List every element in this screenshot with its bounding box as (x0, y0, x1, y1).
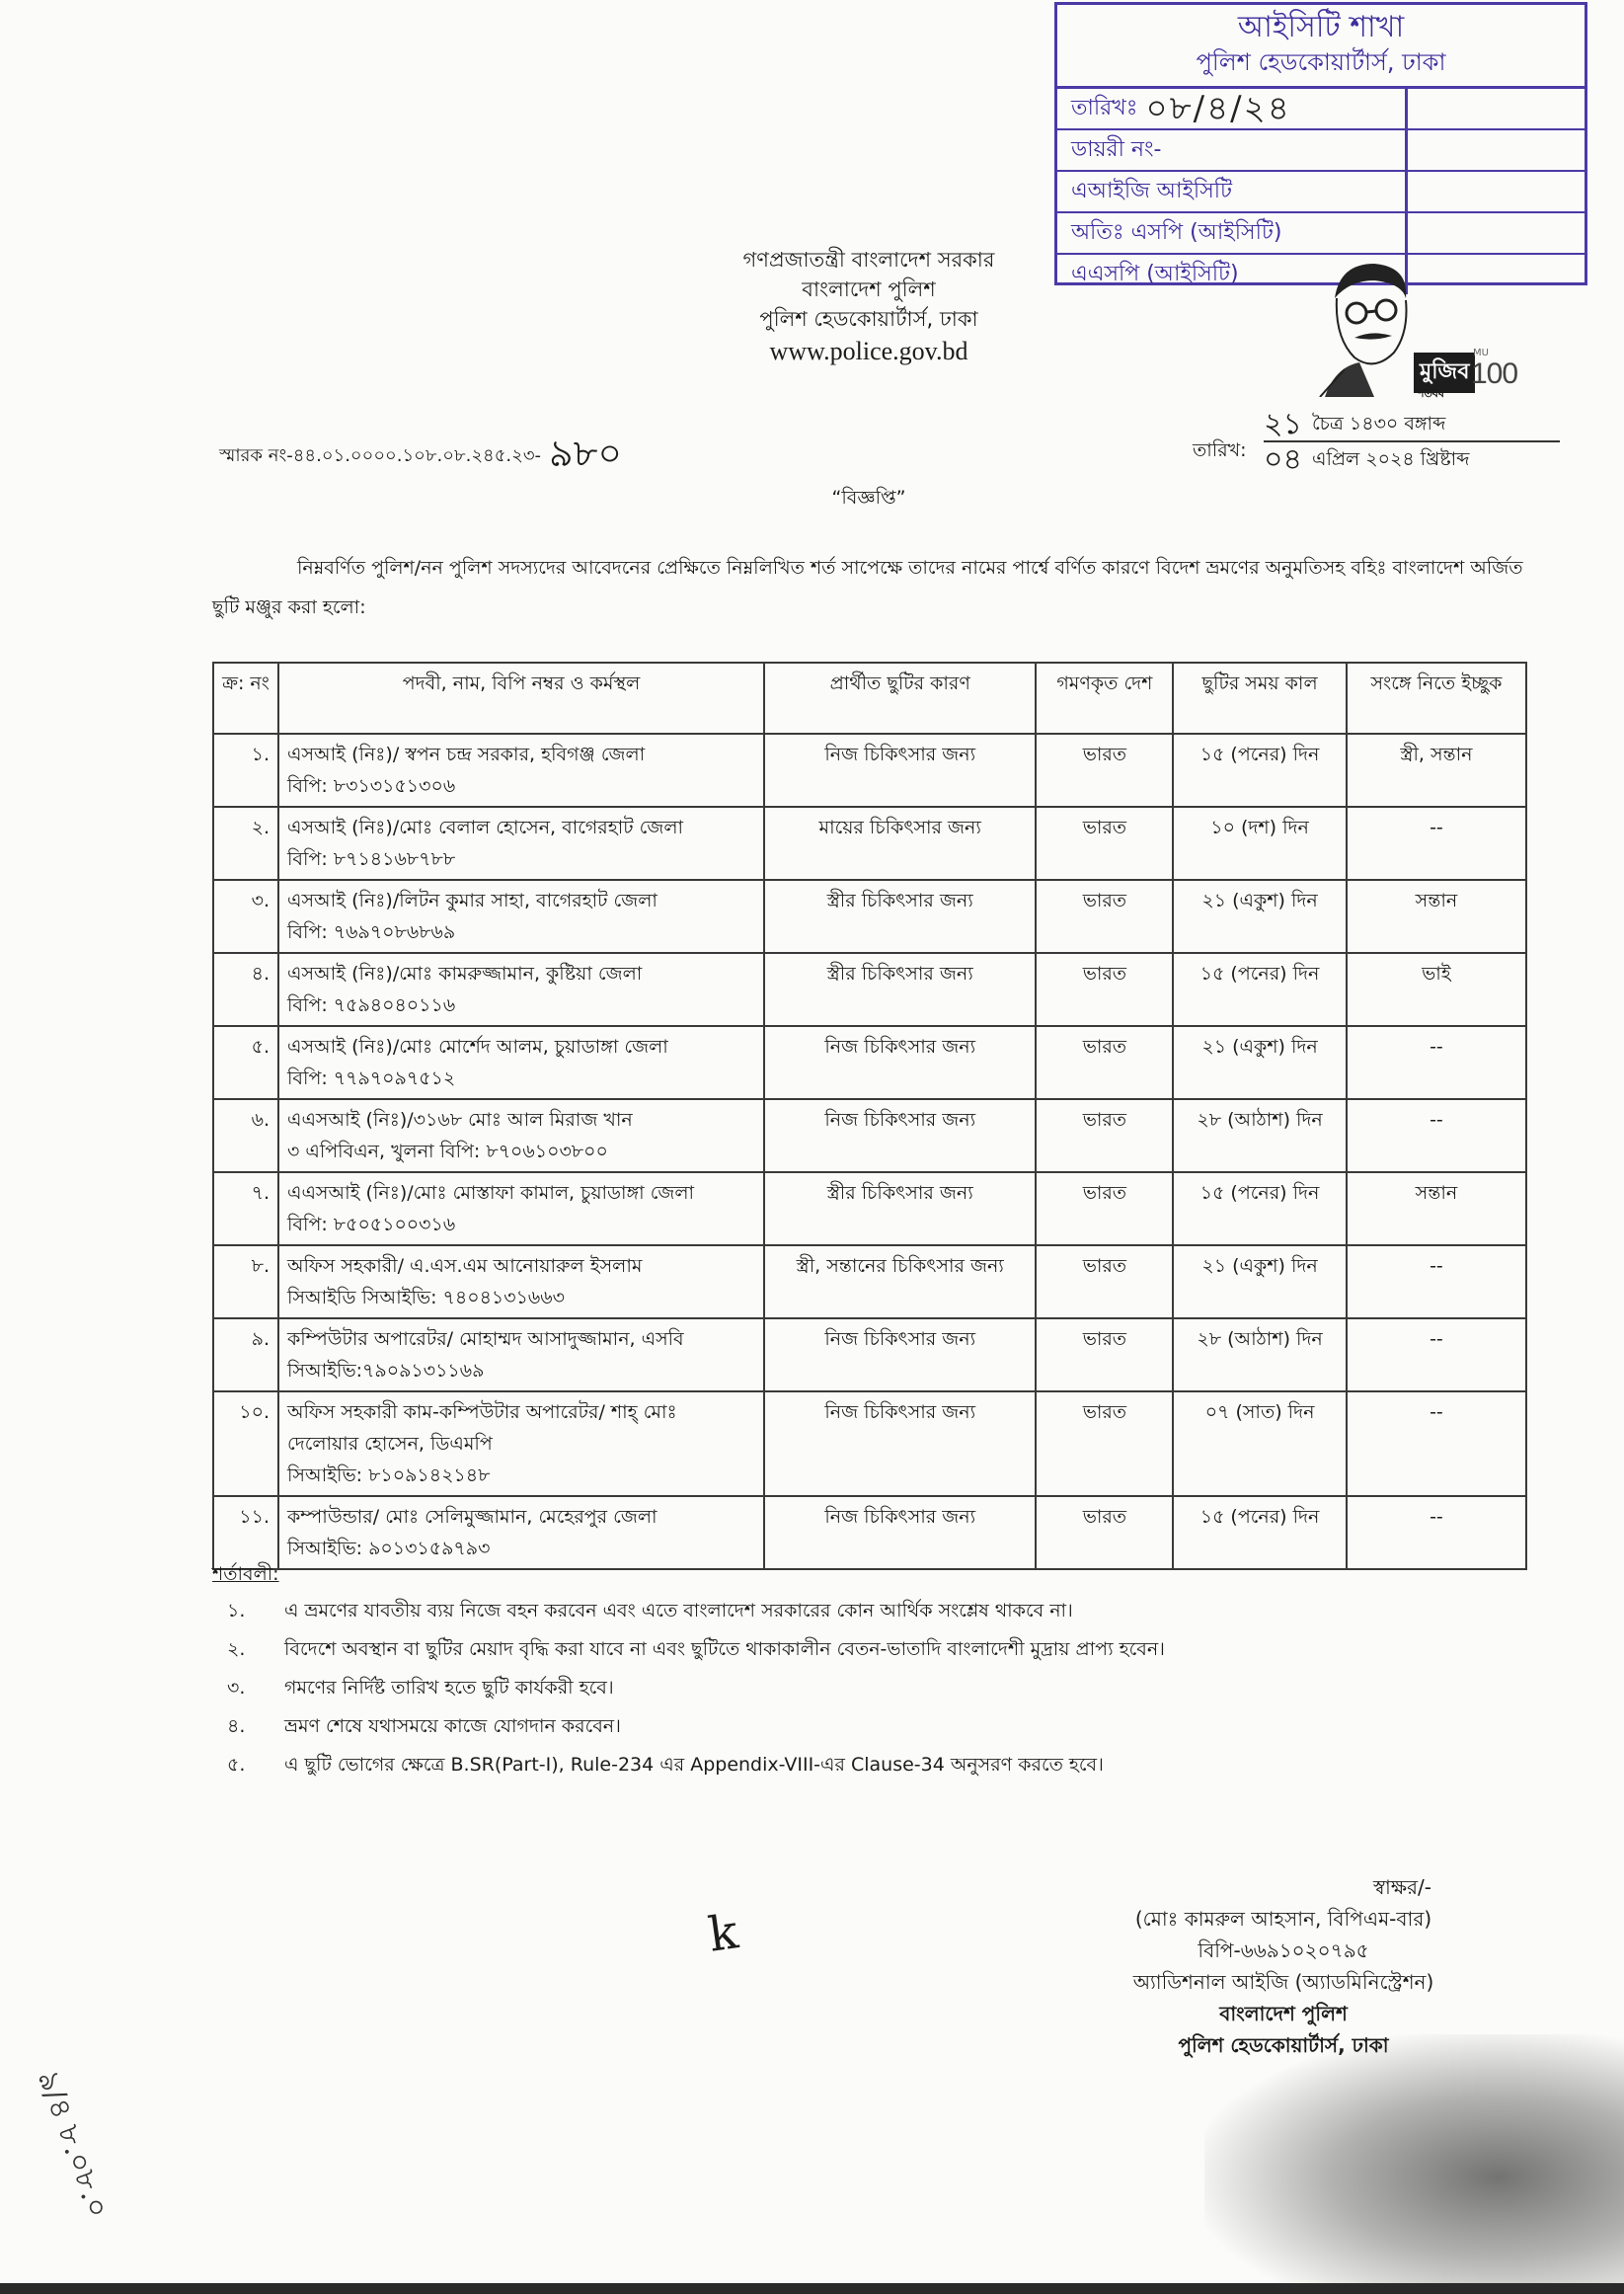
ict-branch-stamp: আইসিটি শাখা পুলিশ হেডকোয়ার্টার্স, ঢাকা … (1054, 2, 1587, 285)
cell-name: এসআই (নিঃ)/লিটন কুমার সাহা, বাগেরহাট জেল… (278, 880, 764, 953)
cell-duration: ২৮ (আঠাশ) দিন (1173, 1099, 1347, 1172)
intro-paragraph: নিম্নবর্ণিত পুলিশ/নন পুলিশ সদস্যদের আবেদ… (212, 548, 1525, 627)
condition-number: ৩. (227, 1669, 284, 1707)
cell-companion: সন্তান (1347, 880, 1526, 953)
bangla-date: ২১চৈত্র ১৪৩০ বঙ্গাব্দ (1264, 407, 1560, 442)
col-serial: ক্র: নং (213, 663, 278, 734)
cell-reason: স্ত্রী, সন্তানের চিকিৎসার জন্য (764, 1245, 1036, 1318)
cell-reason: নিজ চিকিৎসার জন্য (764, 1026, 1036, 1099)
condition-number: ৫. (227, 1746, 284, 1784)
cell-companion: -- (1347, 1391, 1526, 1496)
cell-reason: নিজ চিকিৎসার জন্য (764, 1496, 1036, 1569)
gregorian-date: ০৪এপ্রিল ২০২৪ খ্রিষ্টাব্দ (1264, 442, 1560, 476)
table-row: ৪.এসআই (নিঃ)/মোঃ কামরুজ্জামান, কুষ্টিয়া… (213, 953, 1526, 1026)
cell-companion: -- (1347, 1099, 1526, 1172)
cell-serial: ৪. (213, 953, 278, 1026)
stamp-row-date: তারিখঃ০৮/৪/২৪ (1057, 89, 1585, 130)
signatory-org: বাংলাদেশ পুলিশ (1076, 1998, 1491, 2029)
cell-companion: -- (1347, 1318, 1526, 1391)
office-name: পুলিশ হেডকোয়ার্টার্স, ঢাকা (592, 304, 1145, 334)
cell-companion: সন্তান (1347, 1172, 1526, 1245)
memo-handwritten-no: ৯৮০ (549, 432, 622, 475)
cell-name: এসআই (নিঃ)/মোঃ কামরুজ্জামান, কুষ্টিয়া জ… (278, 953, 764, 1026)
cell-companion: -- (1347, 1245, 1526, 1318)
logo-sub: শতবর্ষ (1418, 385, 1444, 404)
cell-country: ভারত (1036, 1496, 1173, 1569)
table-row: ৫.এসআই (নিঃ)/মোঃ মোর্শেদ আলম, চুয়াডাঙ্গ… (213, 1026, 1526, 1099)
table-header-row: ক্র: নং পদবী, নাম, বিপি নম্বর ও কর্মস্থল… (213, 663, 1526, 734)
cell-country: ভারত (1036, 734, 1173, 807)
cell-reason: নিজ চিকিৎসার জন্য (764, 1391, 1036, 1496)
cell-reason: নিজ চিকিৎসার জন্য (764, 734, 1036, 807)
cell-duration: ২১ (একুশ) দিন (1173, 1245, 1347, 1318)
govt-name: গণপ্রজাতন্ত্রী বাংলাদেশ সরকার (592, 245, 1145, 275)
condition-item: ৪.ভ্রমণ শেষে যথাসময়ে কাজে যোগদান করবেন। (227, 1707, 1412, 1746)
table-row: ৬.এএসআই (নিঃ)/৩১৬৮ মোঃ আল মিরাজ খান ৩ এপ… (213, 1099, 1526, 1172)
cell-country: ভারত (1036, 1172, 1173, 1245)
stamp-row-diary: ডায়রী নং- (1057, 130, 1585, 172)
cell-duration: ০৭ (সাত) দিন (1173, 1391, 1347, 1496)
cell-serial: ৯. (213, 1318, 278, 1391)
date-label: তারিখ: (1193, 436, 1247, 468)
stamp-subtitle: পুলিশ হেডকোয়ার্টার্স, ঢাকা (1057, 46, 1585, 78)
cell-duration: ২১ (একুশ) দিন (1173, 1026, 1347, 1099)
cell-country: ভারত (1036, 1099, 1173, 1172)
notice-title: “বিজ্ঞপ্তি” (691, 484, 1046, 515)
table-row: ১.এসআই (নিঃ)/ স্বপন চন্দ্র সরকার, হবিগঞ্… (213, 734, 1526, 807)
condition-text: এ ভ্রমণের যাবতীয় ব্যয় নিজে বহন করবেন এ… (284, 1592, 1073, 1630)
cell-name: কম্পিউটার অপারেটর/ মোহাম্মদ আসাদুজ্জামান… (278, 1318, 764, 1391)
stamp-label: ডায়রী নং- (1057, 130, 1408, 170)
leave-table: ক্র: নং পদবী, নাম, বিপি নম্বর ও কর্মস্থল… (212, 662, 1527, 1570)
condition-number: ২. (227, 1630, 284, 1669)
cell-name: অফিস সহকারী/ এ.এস.এম আনোয়ারুল ইসলাম সিআ… (278, 1245, 764, 1318)
condition-number: ১. (227, 1592, 284, 1630)
table-row: ২.এসআই (নিঃ)/মোঃ বেলাল হোসেন, বাগেরহাট জ… (213, 807, 1526, 880)
condition-item: ১.এ ভ্রমণের যাবতীয় ব্যয় নিজে বহন করবেন… (227, 1592, 1412, 1630)
org-name: বাংলাদেশ পুলিশ (592, 275, 1145, 304)
table-row: ১০.অফিস সহকারী কাম-কম্পিউটার অপারেটর/ শা… (213, 1391, 1526, 1496)
table-row: ৮.অফিস সহকারী/ এ.এস.এম আনোয়ারুল ইসলাম স… (213, 1245, 1526, 1318)
signed-label: স্বাক্ষর/- (1076, 1871, 1491, 1903)
cell-name: অফিস সহকারী কাম-কম্পিউটার অপারেটর/ শাহ্ … (278, 1391, 764, 1496)
condition-item: ৫.এ ছুটি ভোগের ক্ষেত্রে B.SR(Part-I), Ru… (227, 1746, 1412, 1784)
col-companion: সংঙ্গে নিতে ইচ্ছুক (1347, 663, 1526, 734)
cell-serial: ৮. (213, 1245, 278, 1318)
conditions-list: ১.এ ভ্রমণের যাবতীয় ব্যয় নিজে বহন করবেন… (227, 1592, 1412, 1784)
cell-country: ভারত (1036, 1026, 1173, 1099)
condition-number: ৪. (227, 1707, 284, 1746)
cell-name: এসআই (নিঃ)/মোঃ মোর্শেদ আলম, চুয়াডাঙ্গা … (278, 1026, 764, 1099)
cell-duration: ১৫ (পনের) দিন (1173, 1496, 1347, 1569)
cell-reason: স্ত্রীর চিকিৎসার জন্য (764, 880, 1036, 953)
cell-duration: ১৫ (পনের) দিন (1173, 953, 1347, 1026)
cell-companion: -- (1347, 1026, 1526, 1099)
cell-reason: স্ত্রীর চিকিৎসার জন্য (764, 953, 1036, 1026)
cell-country: ভারত (1036, 807, 1173, 880)
col-name: পদবী, নাম, বিপি নম্বর ও কর্মস্থল (278, 663, 764, 734)
cell-serial: ১. (213, 734, 278, 807)
cell-duration: ১০ (দশ) দিন (1173, 807, 1347, 880)
memo-label: স্মারক নং-৪৪.০১.০০০০.১০৮.০৮.২৪৫.২৩- (219, 445, 541, 466)
letterhead: গণপ্রজাতন্ত্রী বাংলাদেশ সরকার বাংলাদেশ প… (592, 245, 1145, 369)
cell-name: কম্পাউন্ডার/ মোঃ সেলিমুজ্জামান, মেহেরপুর… (278, 1496, 764, 1569)
mujib-centenary-logo: মুজিব শতবর্ষ MU 100 (1295, 259, 1522, 407)
cell-name: এসআই (নিঃ)/ স্বপন চন্দ্র সরকার, হবিগঞ্জ … (278, 734, 764, 807)
table-row: ৭.এএসআই (নিঃ)/মোঃ মোস্তাফা কামাল, চুয়াড… (213, 1172, 1526, 1245)
handwritten-initial: k (705, 1904, 741, 1963)
cell-serial: ১০. (213, 1391, 278, 1496)
stamp-row-aig: এআইজি আইসিটি (1057, 172, 1585, 213)
cell-reason: নিজ চিকিৎসার জন্য (764, 1318, 1036, 1391)
stamp-title: আইসিটি শাখা (1057, 5, 1585, 46)
scan-smudge (1204, 2034, 1624, 2294)
cell-duration: ১৫ (পনের) দিন (1173, 734, 1347, 807)
stamp-handwritten-date: ০৮/৪/২৪ (1145, 89, 1290, 128)
cell-country: ভারত (1036, 1391, 1173, 1496)
cell-country: ভারত (1036, 1318, 1173, 1391)
cell-reason: মায়ের চিকিৎসার জন্য (764, 807, 1036, 880)
cell-duration: ২৮ (আঠাশ) দিন (1173, 1318, 1347, 1391)
condition-text: বিদেশে অবস্থান বা ছুটির মেয়াদ বৃদ্ধি কর… (284, 1630, 1165, 1669)
cell-duration: ১৫ (পনের) দিন (1173, 1172, 1347, 1245)
conditions-title: শর্তাবলী: (212, 1560, 279, 1592)
condition-text: এ ছুটি ভোগের ক্ষেত্রে B.SR(Part-I), Rule… (284, 1746, 1104, 1784)
signatory-bp: বিপি-৬৬৯১০২০৭৯৫ (1076, 1935, 1491, 1966)
col-duration: ছুটির সময় কাল (1173, 663, 1347, 734)
website-link[interactable]: www.police.gov.bd (592, 334, 1145, 369)
col-country: গমণকৃত দেশ (1036, 663, 1173, 734)
cell-companion: ভাই (1347, 953, 1526, 1026)
table-row: ৩.এসআই (নিঃ)/লিটন কুমার সাহা, বাগেরহাট জ… (213, 880, 1526, 953)
handwritten-side-note: ৯/৪ ৮.০৮.০ (22, 2064, 121, 2226)
portrait-icon (1315, 259, 1424, 397)
stamp-header: আইসিটি শাখা পুলিশ হেডকোয়ার্টার্স, ঢাকা (1057, 5, 1585, 89)
cell-companion: -- (1347, 1496, 1526, 1569)
logo-number: 100 (1471, 357, 1517, 391)
cell-country: ভারত (1036, 880, 1173, 953)
cell-companion: -- (1347, 807, 1526, 880)
condition-text: ভ্রমণ শেষে যথাসময়ে কাজে যোগদান করবেন। (284, 1707, 621, 1746)
signatory-name: (মোঃ কামরুল আহসান, বিপিএম-বার) (1076, 1903, 1491, 1935)
cell-serial: ২. (213, 807, 278, 880)
cell-name: এএসআই (নিঃ)/৩১৬৮ মোঃ আল মিরাজ খান ৩ এপিব… (278, 1099, 764, 1172)
cell-companion: স্ত্রী, সন্তান (1347, 734, 1526, 807)
cell-duration: ২১ (একুশ) দিন (1173, 880, 1347, 953)
cell-serial: ৫. (213, 1026, 278, 1099)
stamp-label: এআইজি আইসিটি (1057, 172, 1408, 211)
table-row: ৯.কম্পিউটার অপারেটর/ মোহাম্মদ আসাদুজ্জাম… (213, 1318, 1526, 1391)
cell-country: ভারত (1036, 953, 1173, 1026)
table-row: ১১.কম্পাউন্ডার/ মোঃ সেলিমুজ্জামান, মেহের… (213, 1496, 1526, 1569)
signature-block: স্বাক্ষর/- (মোঃ কামরুল আহসান, বিপিএম-বার… (1076, 1871, 1491, 2061)
col-reason: প্রার্থীত ছুটির কারণ (764, 663, 1036, 734)
memo-number: স্মারক নং-৪৪.০১.০০০০.১০৮.০৮.২৪৫.২৩-৯৮০ (219, 425, 622, 488)
condition-text: গমণের নির্দিষ্ট তারিখ হতে ছুটি কার্যকরী … (284, 1669, 614, 1707)
condition-item: ৩.গমণের নির্দিষ্ট তারিখ হতে ছুটি কার্যকর… (227, 1669, 1412, 1707)
cell-reason: নিজ চিকিৎসার জন্য (764, 1099, 1036, 1172)
cell-serial: ৬. (213, 1099, 278, 1172)
scan-edge (0, 2283, 1624, 2294)
cell-serial: ৩. (213, 880, 278, 953)
cell-name: এসআই (নিঃ)/মোঃ বেলাল হোসেন, বাগেরহাট জেল… (278, 807, 764, 880)
cell-serial: ১১. (213, 1496, 278, 1569)
stamp-label: তারিখঃ (1071, 96, 1137, 120)
condition-item: ২.বিদেশে অবস্থান বা ছুটির মেয়াদ বৃদ্ধি … (227, 1630, 1412, 1669)
cell-serial: ৭. (213, 1172, 278, 1245)
cell-country: ভারত (1036, 1245, 1173, 1318)
signatory-designation: অ্যাডিশনাল আইজি (অ্যাডমিনিস্ট্রেশন) (1076, 1966, 1491, 1998)
cell-reason: স্ত্রীর চিকিৎসার জন্য (764, 1172, 1036, 1245)
cell-name: এএসআই (নিঃ)/মোঃ মোস্তাফা কামাল, চুয়াডাঙ… (278, 1172, 764, 1245)
